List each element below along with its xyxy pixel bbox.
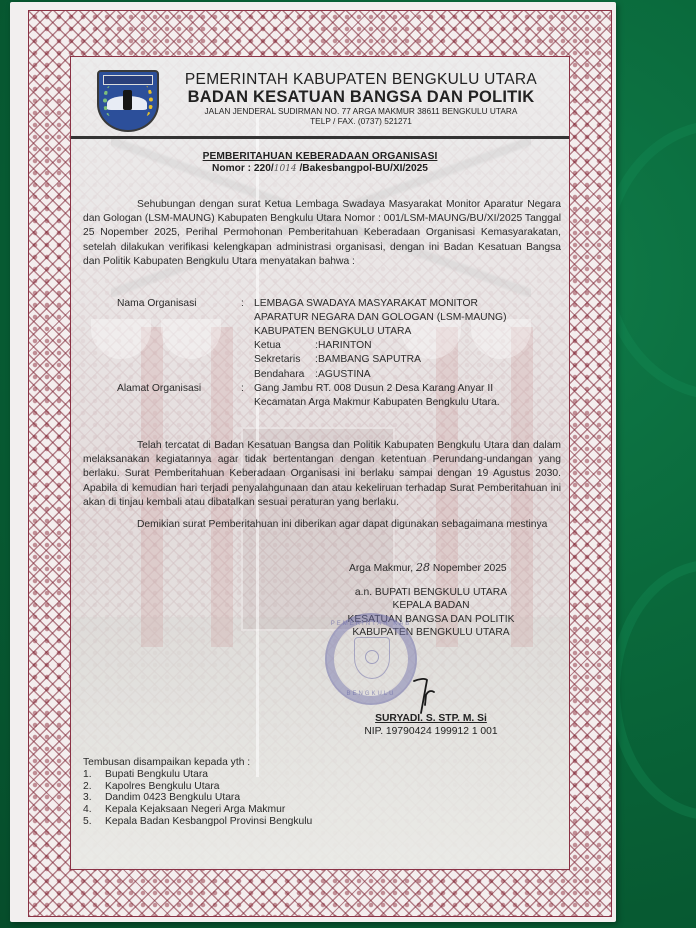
place-date: Arga Makmur, 28 Nopember 2025 (301, 561, 561, 576)
letterhead-address: JALAN JENDERAL SUDIRMAN NO. 77 ARGA MAKM… (171, 106, 551, 116)
org-name-line: KABUPATEN BENGKULU UTARA (254, 325, 411, 339)
official-stamp-icon: PEMERINTAH KAB BENGKULU (325, 613, 417, 705)
validity-paragraph: Telah tercatat di Badan Kesatuan Bangsa … (83, 439, 561, 510)
regency-coat-of-arms-icon (97, 70, 159, 132)
list-item: 5.Kepala Badan Kesbangpol Provinsi Bengk… (83, 816, 250, 828)
letter-number: Nomor : 220/1014 /Bakesbangpol-BU/XI/202… (71, 163, 569, 174)
item-text: Kepala Badan Kesbangpol Provinsi Bengkul… (105, 816, 312, 828)
signer-nip: NIP. 19790424 199912 1 001 (301, 725, 561, 738)
document-paper: PEMERINTAH KABUPATEN BENGKULU UTARA BADA… (10, 2, 616, 922)
org-name-line: APARATUR NEGARA DAN GOLOGAN (LSM-MAUNG) (254, 311, 507, 325)
list-item: 2.Kapolres Bengkulu Utara (83, 781, 250, 793)
item-number: 4. (83, 804, 92, 816)
letter-title: PEMBERITAHUAN KEBERADAAN ORGANISASI Nomo… (71, 151, 569, 174)
org-address-line: Kecamatan Arga Makmur Kabupaten Bengkulu… (254, 396, 500, 410)
opening-paragraph: Sehubungan dengan surat Ketua Lembaga Sw… (83, 198, 561, 269)
org-name-line: LEMBAGA SWADAYA MASYARAKAT MONITOR (254, 297, 478, 311)
carbon-copy-list: Tembusan disampaikan kepada yth : 1.Bupa… (83, 757, 250, 828)
closing-text: Demikian surat Pemberitahuan ini diberik… (137, 519, 547, 530)
number-handwritten: 1014 (274, 164, 297, 174)
item-text: Bupati Bengkulu Utara (105, 769, 208, 781)
item-number: 1. (83, 769, 92, 781)
officer-role: Ketua (254, 339, 281, 353)
officer-role: Sekretaris (254, 353, 300, 367)
signatory-line: a.n. BUPATI BENGKULU UTARA (301, 586, 561, 600)
closing-paragraph: Demikian surat Pemberitahuan ini diberik… (83, 518, 561, 532)
cloth-fold (610, 560, 696, 820)
validity-text: Telah tercatat di Badan Kesatuan Bangsa … (83, 440, 561, 508)
officer-role: Bendahara (254, 368, 304, 382)
date-day-handwritten: 28 (416, 561, 430, 574)
signer-block: SURYADI. S. STP. M. Si NIP. 19790424 199… (301, 712, 561, 738)
item-text: Kapolres Bengkulu Utara (105, 781, 219, 793)
signatory-line: KEPALA BADAN (301, 599, 561, 613)
place: Arga Makmur, (349, 563, 416, 574)
item-text: Kepala Kejaksaan Negeri Arga Makmur (105, 804, 285, 816)
org-address-label: Alamat Organisasi (117, 382, 201, 396)
item-text: Dandim 0423 Bengkulu Utara (105, 792, 240, 804)
carbon-copy-heading: Tembusan disampaikan kepada yth : (83, 757, 250, 769)
officer-name: BAMBANG SAPUTRA (318, 353, 421, 367)
officer-name: HARINTON (318, 339, 372, 353)
letterhead-rule (70, 136, 569, 139)
handwritten-signature-icon (411, 677, 437, 715)
item-number: 5. (83, 816, 92, 828)
item-number: 3. (83, 792, 92, 804)
letter-heading: PEMBERITAHUAN KEBERADAAN ORGANISASI (71, 151, 569, 162)
letterhead: PEMERINTAH KABUPATEN BENGKULU UTARA BADA… (71, 57, 569, 137)
opening-text: Sehubungan dengan surat Ketua Lembaga Sw… (83, 199, 561, 267)
stamp-text-top: PEMERINTAH KAB (327, 621, 415, 627)
letterhead-government: PEMERINTAH KABUPATEN BENGKULU UTARA (171, 71, 551, 88)
signer-name: SURYADI. S. STP. M. Si (301, 712, 561, 725)
stamp-text-bottom: BENGKULU (327, 691, 415, 697)
number-prefix: Nomor : 220/ (212, 163, 274, 174)
letter-body-panel: PEMERINTAH KABUPATEN BENGKULU UTARA BADA… (70, 56, 570, 870)
number-suffix: /Bakesbangpol-BU/XI/2025 (297, 163, 428, 174)
watermark-floor (71, 617, 569, 867)
stamp-emblem-icon (354, 637, 390, 679)
org-address-line: Gang Jambu RT. 008 Dusun 2 Desa Karang A… (254, 382, 493, 396)
colon: : (241, 382, 244, 396)
date-month-year: Nopember 2025 (430, 563, 507, 574)
letterhead-phone: TELP / FAX. (0737) 521271 (171, 116, 551, 126)
list-item: 4.Kepala Kejaksaan Negeri Arga Makmur (83, 804, 250, 816)
letterhead-agency: BADAN KESATUAN BANGSA DAN POLITIK (171, 88, 551, 106)
item-number: 2. (83, 781, 92, 793)
list-item: 1.Bupati Bengkulu Utara (83, 769, 250, 781)
list-item: 3.Dandim 0423 Bengkulu Utara (83, 792, 250, 804)
officer-name: AGUSTINA (318, 368, 371, 382)
org-name-label: Nama Organisasi (117, 297, 197, 311)
colon: : (241, 297, 244, 311)
